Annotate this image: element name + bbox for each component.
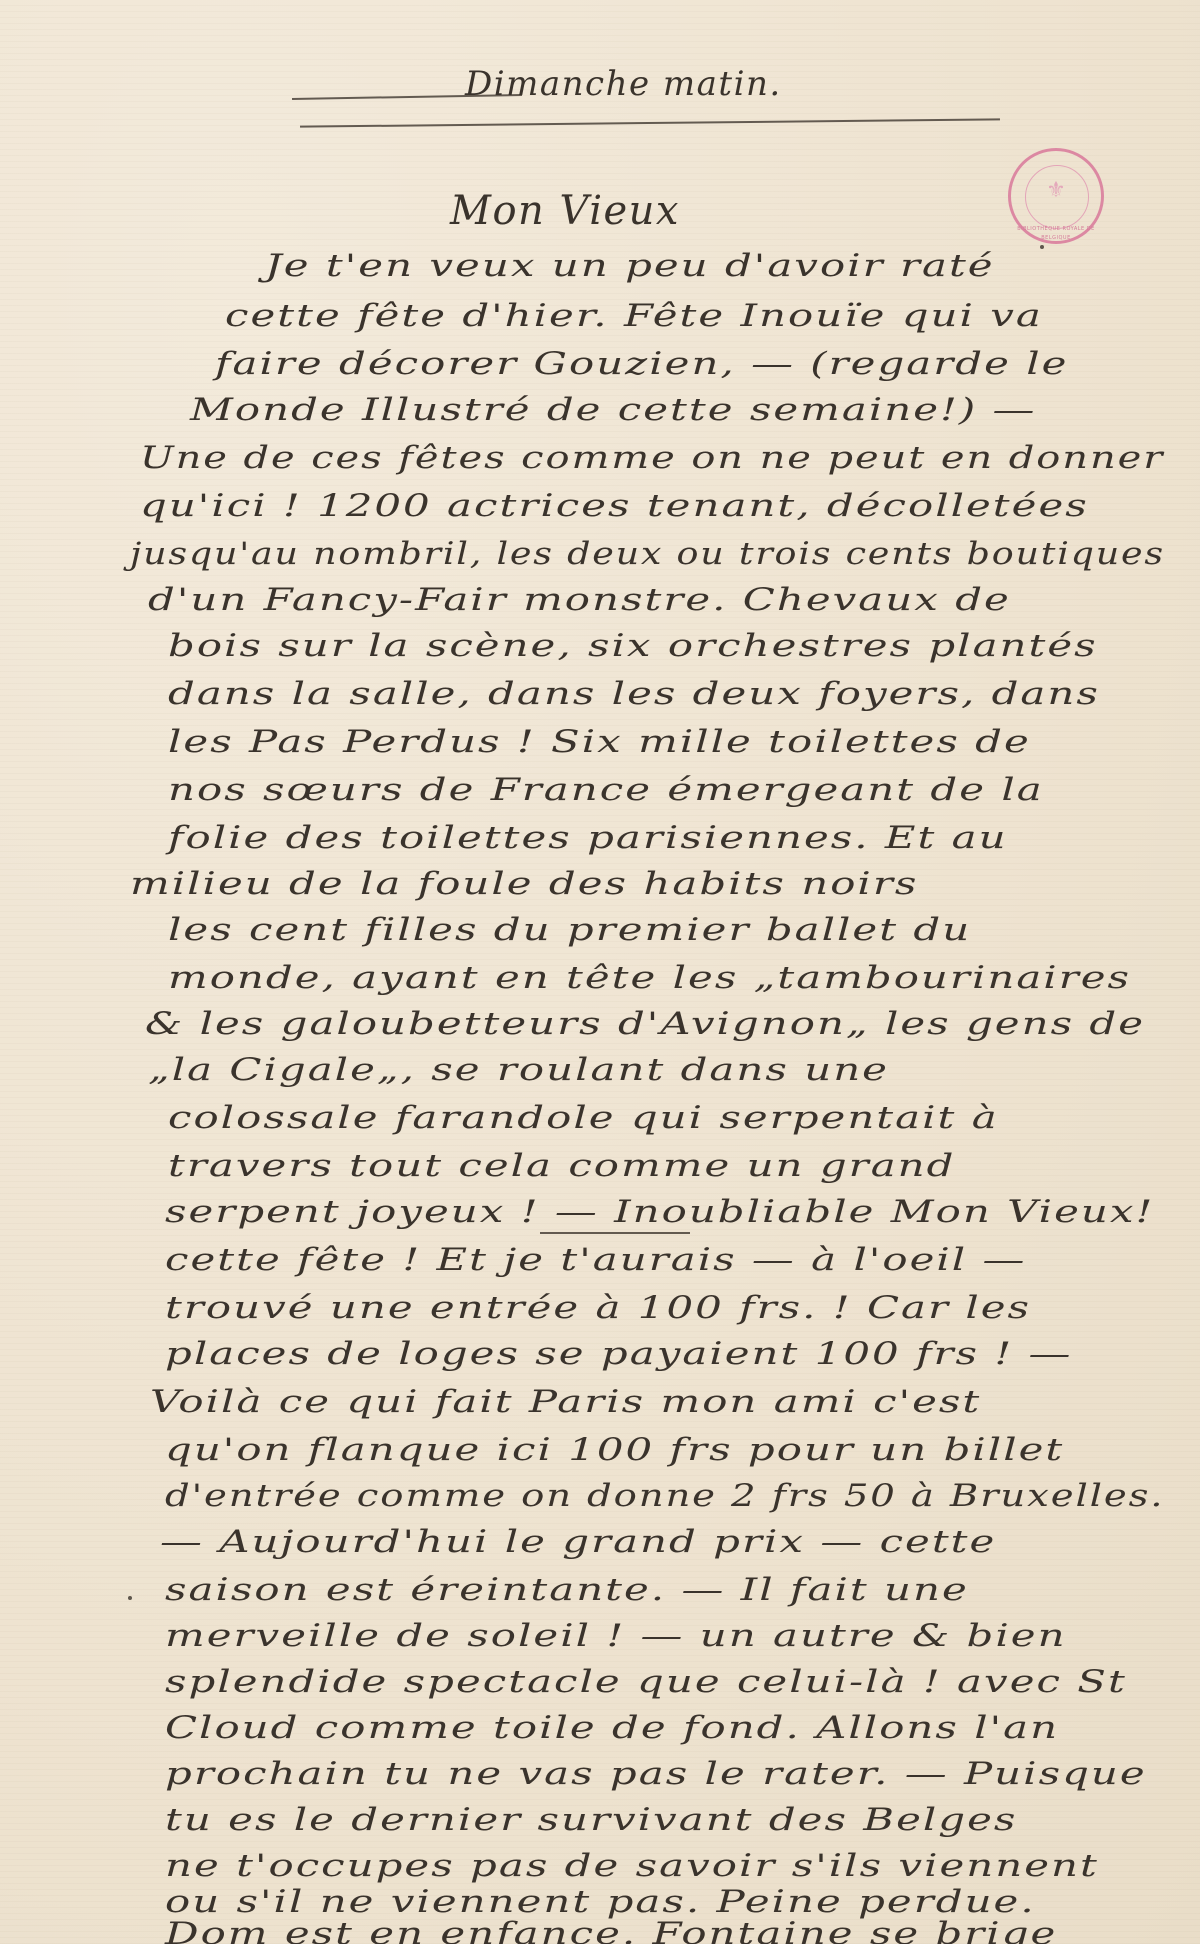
body-line: colossale farandole qui serpentait à	[168, 1100, 999, 1136]
body-line: & les galoubetteurs d'Avignon„ les gens …	[145, 1006, 1145, 1042]
inoubliable-underline	[540, 1232, 690, 1234]
letter-date-heading: Dimanche matin.	[465, 64, 782, 104]
body-line: ne t'occupes pas de savoir s'ils viennen…	[165, 1848, 1099, 1884]
margin-dot	[128, 1596, 132, 1600]
body-line: les Pas Perdus ! Six mille toilettes de	[168, 724, 1031, 760]
margin-dot	[1040, 245, 1044, 249]
body-line: Cloud comme toile de fond. Allons l'an	[165, 1710, 1059, 1746]
body-line: Voilà ce qui fait Paris mon ami c'est	[150, 1384, 981, 1420]
body-line: folie des toilettes parisiennes. Et au	[168, 820, 1008, 856]
body-line: d'un Fancy-Fair monstre. Chevaux de	[148, 582, 1011, 618]
body-line: serpent joyeux ! — Inoubliable Mon Vieux…	[165, 1194, 1154, 1230]
body-line: Dom est en enfance. Fontaine se brige	[165, 1916, 1057, 1944]
salutation: Mon Vieux	[450, 188, 680, 234]
body-line: saison est éreintante. — Il fait une	[165, 1572, 969, 1608]
body-line: Je t'en veux un peu d'avoir raté	[265, 248, 995, 284]
body-line: merveille de soleil ! — un autre & bien	[165, 1618, 1067, 1654]
body-line: travers tout cela comme un grand	[168, 1148, 955, 1184]
library-stamp: ⚜ BIBLIOTHÈQUE ROYALE DE BELGIQUE	[1008, 148, 1104, 244]
body-line: „la Cigale„, se roulant dans une	[148, 1052, 889, 1088]
stamp-text: BIBLIOTHÈQUE ROYALE DE BELGIQUE	[1011, 225, 1101, 243]
body-line: trouvé une entrée à 100 frs. ! Car les	[165, 1290, 1031, 1326]
body-line: qu'on flanque ici 100 frs pour un billet	[165, 1432, 1064, 1468]
body-line: qu'ici ! 1200 actrices tenant, décolleté…	[140, 488, 1089, 524]
body-line: tu es le dernier survivant des Belges	[165, 1802, 1017, 1838]
body-line: Une de ces fêtes comme on ne peut en don…	[140, 440, 1164, 476]
body-line: — Aujourd'hui le grand prix — cette	[160, 1524, 996, 1560]
body-line: places de loges se payaient 100 frs ! —	[165, 1336, 1072, 1372]
body-line: milieu de la foule des habits noirs	[130, 866, 918, 902]
body-line: faire décorer Gouzien, — (regarde le	[215, 346, 1068, 382]
body-line: bois sur la scène, six orchestres planté…	[168, 628, 1098, 664]
body-line: dans la salle, dans les deux foyers, dan…	[168, 676, 1100, 712]
body-line: monde, ayant en tête les „tambourinaires	[168, 960, 1131, 996]
body-line: Monde Illustré de cette semaine!) —	[190, 392, 1036, 428]
body-line: splendide spectacle que celui-là ! avec …	[165, 1664, 1127, 1700]
body-line: d'entrée comme on donne 2 frs 50 à Bruxe…	[165, 1478, 1164, 1514]
body-line: prochain tu ne vas pas le rater. — Puisq…	[165, 1756, 1147, 1792]
body-line: les cent filles du premier ballet du	[168, 912, 971, 948]
body-line: ou s'il ne viennent pas. Peine perdue.	[165, 1884, 1036, 1920]
body-line: jusqu'au nombril, les deux ou trois cent…	[130, 536, 1165, 572]
body-line: nos sœurs de France émergeant de la	[168, 772, 1044, 808]
fleur-de-lis-icon: ⚜	[1011, 177, 1101, 203]
body-line: cette fête d'hier. Fête Inouïe qui va	[225, 298, 1043, 334]
body-line: cette fête ! Et je t'aurais — à l'oeil —	[165, 1242, 1026, 1278]
